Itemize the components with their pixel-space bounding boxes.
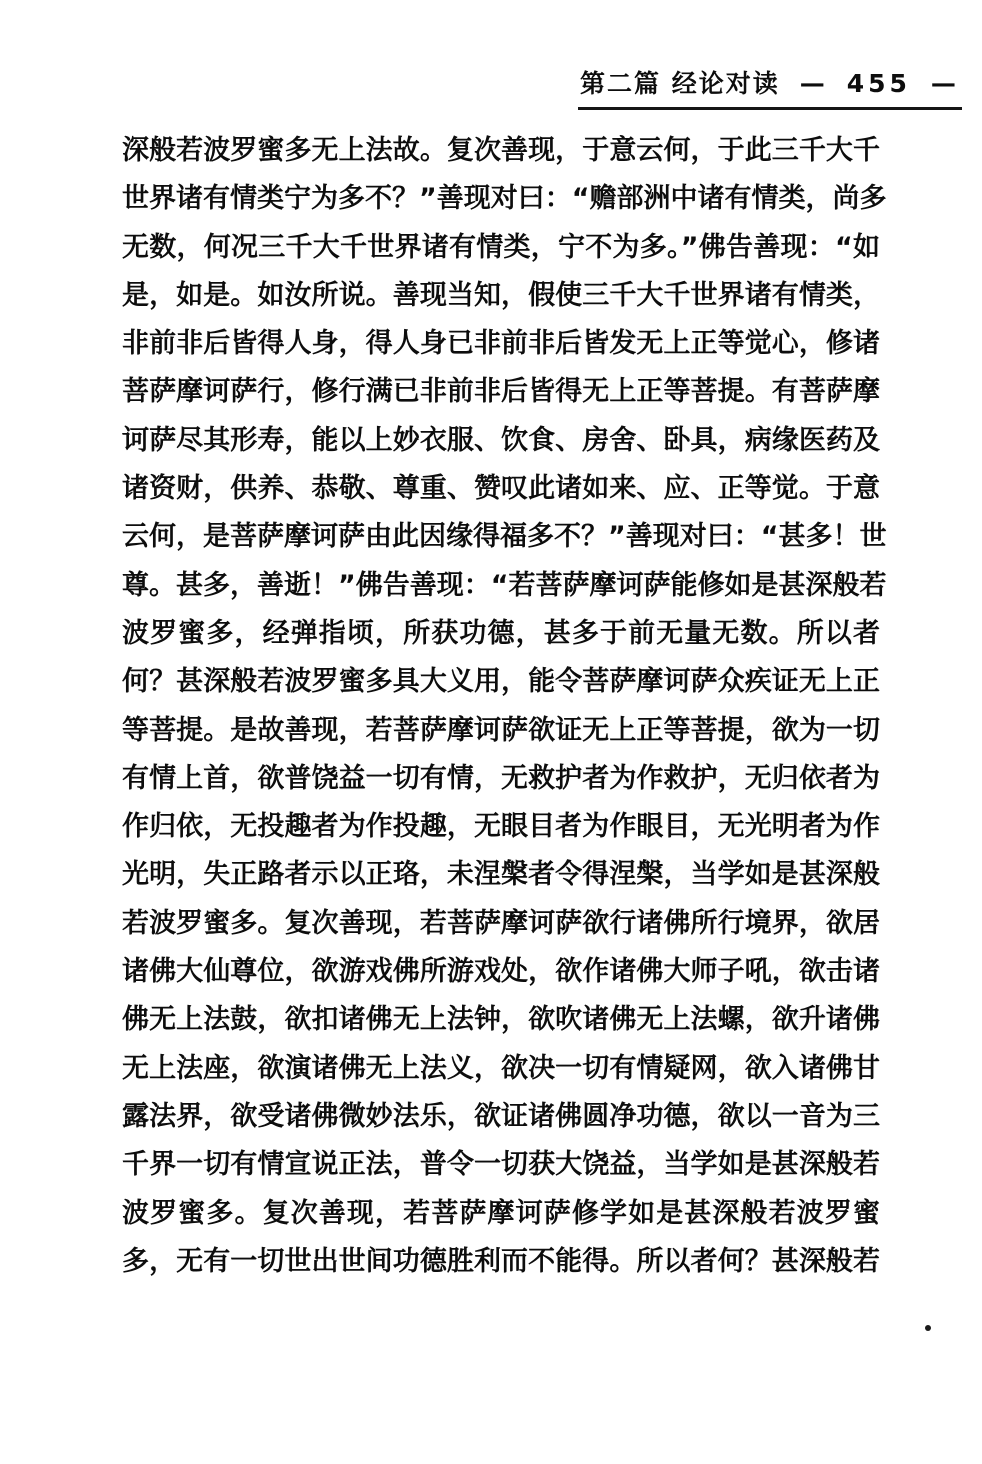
text-line: 世界诸有情类宁为多不？”善现对曰：“赡部洲中诸有情类，尚多 [122,175,880,223]
text-line: 无上法座，欲演诸佛无上法义，欲决一切有情疑网，欲入诸佛甘 [122,1045,880,1093]
text-line: 光明，失正路者示以正珞，未涅槃者令得涅槃，当学如是甚深般 [122,851,880,899]
text-line: 露法界，欲受诸佛微妙法乐，欲证诸佛圆净功德，欲以一音为三 [122,1093,880,1141]
text-line: 尊。甚多，善逝！”佛告善现：“若菩萨摩诃萨能修如是甚深般若 [122,562,880,610]
header-dash-left: — [800,69,827,98]
text-line: 非前非后皆得人身，得人身已非前非后皆发无上正等觉心，修诸 [122,320,880,368]
text-line: 作归依，无投趣者为作投趣，无眼目者为作眼目，无光明者为作 [122,803,880,851]
text-line: 是，如是。如汝所说。善现当知，假使三千大千世界诸有情类， [122,272,880,320]
book-page: 第二篇 经论对读 — 455 — 深般若波罗蜜多无上法故。复次善现，于意云何，于… [0,0,982,1464]
text-line: 无数，何况三千大千世界诸有情类，宁不为多。”佛告善现：“如 [122,224,880,272]
text-line: 佛无上法鼓，欲扣诸佛无上法钟，欲吹诸佛无上法螺，欲升诸佛 [122,996,880,1044]
ink-speck [925,1325,931,1331]
header-dash-right: — [931,69,958,98]
text-line: 诸资财，供养、恭敬、尊重、赞叹此诸如来、应、正等觉。于意 [122,465,880,513]
text-line: 波罗蜜多，经弹指顷，所获功德，甚多于前无量无数。所以者 [122,610,880,658]
page-header: 第二篇 经论对读 — 455 — [578,64,962,110]
text-line: 何？甚深般若波罗蜜多具大义用，能令菩萨摩诃萨众疾证无上正 [122,658,880,706]
text-line: 多，无有一切世出世间功德胜利而不能得。所以者何？甚深般若 [122,1238,880,1286]
text-line: 千界一切有情宣说正法，普令一切获大饶益，当学如是甚深般若 [122,1141,880,1189]
text-line: 等菩提。是故善现，若菩萨摩诃萨欲证无上正等菩提，欲为一切 [122,707,880,755]
text-line: 若波罗蜜多。复次善现，若菩萨摩诃萨欲行诸佛所行境界，欲居 [122,900,880,948]
text-line: 深般若波罗蜜多无上法故。复次善现，于意云何，于此三千大千 [122,127,880,175]
text-line: 诃萨尽其形寿，能以上妙衣服、饮食、房舍、卧具，病缘医药及 [122,417,880,465]
text-line: 有情上首，欲普饶益一切有情，无救护者为作救护，无归依者为 [122,755,880,803]
text-line: 云何，是菩萨摩诃萨由此因缘得福多不？”善现对曰：“甚多！世 [122,513,880,561]
text-line: 菩萨摩诃萨行，修行满已非前非后皆得无上正等菩提。有菩萨摩 [122,368,880,416]
page-number: 455 [847,69,911,98]
text-line: 波罗蜜多。复次善现，若菩萨摩诃萨修学如是甚深般若波罗蜜 [122,1190,880,1238]
text-line: 诸佛大仙尊位，欲游戏佛所游戏处，欲作诸佛大师子吼，欲击诸 [122,948,880,996]
section-title: 第二篇 经论对读 [580,64,780,100]
body-text: 深般若波罗蜜多无上法故。复次善现，于意云何，于此三千大千 世界诸有情类宁为多不？… [122,127,880,1286]
